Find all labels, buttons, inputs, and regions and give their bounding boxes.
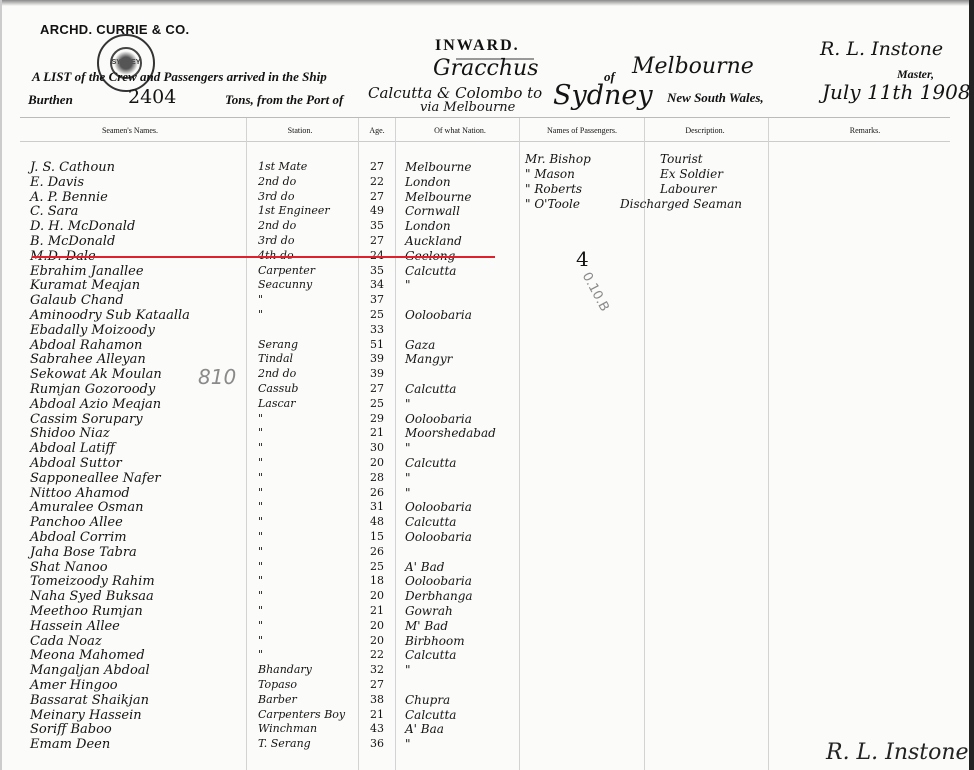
col-description: Description. (650, 126, 760, 135)
crew-row: Sekowat Ak Moulan2nd do39 (0, 367, 974, 382)
age: 21 (370, 426, 384, 439)
station: " (258, 634, 263, 647)
nation: Moorshedabad (405, 426, 496, 440)
station: " (258, 515, 263, 528)
crew-row: Amer HingooTopaso27 (0, 678, 974, 693)
nation: Cornwall (405, 204, 460, 218)
nation: " (405, 397, 411, 411)
age: 37 (370, 293, 384, 306)
seaman-name: Amer Hingoo (30, 678, 118, 693)
age: 49 (370, 204, 384, 217)
manifest-page: ARCHD. CURRIE & CO. SYDNEY INWARD. A LIS… (0, 0, 974, 770)
nation: Calcutta (405, 648, 456, 662)
nation: Auckland (405, 234, 462, 248)
company-name: ARCHD. CURRIE & CO. (40, 22, 189, 37)
station: " (258, 456, 263, 469)
seaman-name: Tomeizoody Rahim (30, 574, 155, 589)
nation: Calcutta (405, 382, 456, 396)
nation: M' Bad (405, 619, 448, 633)
nation: " (405, 278, 411, 292)
age: 20 (370, 619, 384, 632)
age: 35 (370, 219, 384, 232)
age: 51 (370, 338, 384, 351)
seaman-name: J. S. Cathoun (30, 160, 115, 175)
age: 35 (370, 264, 384, 277)
nation: Chupra (405, 693, 450, 707)
seaman-name: Hassein Allee (30, 619, 120, 634)
crew-row: Shidoo Niaz"21Moorshedabad (0, 426, 974, 441)
crew-row: Jaha Bose Tabra"26 (0, 545, 974, 560)
seaman-name: Aminoodry Sub Kataalla (30, 308, 190, 323)
seaman-name: C. Sara (30, 204, 78, 219)
age: 22 (370, 175, 384, 188)
crew-row: E. Davis2nd do22London (0, 175, 974, 190)
seaman-name: Cada Noaz (30, 634, 102, 649)
station: " (258, 604, 263, 617)
ship-name: Gracchus (433, 56, 538, 81)
crew-row: Soriff BabooWinchman43A' Baa (0, 722, 974, 737)
crew-row: J. S. Cathoun1st Mate27Melbourne (0, 160, 974, 175)
age: 36 (370, 737, 384, 750)
age: 27 (370, 234, 384, 247)
station: " (258, 412, 263, 425)
nation: London (405, 219, 451, 233)
seaman-name: Ebrahim Janallee (30, 264, 144, 279)
seaman-name: Sabrahee Alleyan (30, 352, 146, 367)
seaman-name: B. McDonald (30, 234, 115, 249)
station: 1st Engineer (258, 204, 330, 217)
crew-row: Meona Mahomed"22Calcutta (0, 648, 974, 663)
age: 15 (370, 530, 384, 543)
nation: " (405, 663, 411, 677)
crew-row: Meethoo Rumjan"21Gowrah (0, 604, 974, 619)
crew-row: C. Sara1st Engineer49Cornwall (0, 204, 974, 219)
passenger-name: " O'Toole (525, 197, 580, 211)
list-label: A LIST of the Crew and Passengers arrive… (32, 69, 327, 85)
station: T. Serang (258, 737, 311, 750)
nation: " (405, 441, 411, 455)
seaman-name: Abdoal Rahamon (30, 338, 142, 353)
station: 3rd do (258, 190, 294, 203)
nation: London (405, 175, 451, 189)
seaman-name: Soriff Baboo (30, 722, 112, 737)
nation: Ooloobaria (405, 574, 472, 588)
age: 29 (370, 412, 384, 425)
nation: Gowrah (405, 604, 453, 618)
col-remarks: Remarks. (820, 126, 910, 135)
crew-row: Abdoal Latiff"30" (0, 441, 974, 456)
age: 38 (370, 693, 384, 706)
seaman-name: Kuramat Meajan (30, 278, 140, 293)
scan-shadow (0, 0, 974, 6)
seaman-name: Nittoo Ahamod (30, 486, 130, 501)
seaman-name: Rumjan Gozoroody (30, 382, 155, 397)
station: Bhandary (258, 663, 312, 676)
crew-row: Galaub Chand"37 (0, 293, 974, 308)
crew-row: A. P. Bennie3rd do27Melbourne (0, 190, 974, 205)
station: " (258, 293, 263, 306)
age: 39 (370, 352, 384, 365)
station: " (258, 560, 263, 573)
station: Winchman (258, 722, 317, 735)
station: 2nd do (258, 219, 296, 232)
passenger-name: " Roberts (525, 182, 582, 196)
age: 32 (370, 663, 384, 676)
header-rule-bottom (20, 141, 950, 142)
age: 30 (370, 441, 384, 454)
margin-note: 810 (198, 365, 236, 389)
age: 27 (370, 678, 384, 691)
nation: Mangyr (405, 352, 452, 366)
station: 1st Mate (258, 160, 307, 173)
station: Topaso (258, 678, 297, 691)
nation: Birbhoom (405, 634, 465, 648)
nation: Ooloobaria (405, 530, 472, 544)
station: " (258, 530, 263, 543)
station: " (258, 500, 263, 513)
state-label: New South Wales, (667, 90, 764, 106)
seaman-name: Cassim Sorupary (30, 412, 143, 427)
nation: Ooloobaria (405, 500, 472, 514)
age: 48 (370, 515, 384, 528)
station: " (258, 648, 263, 661)
station: " (258, 545, 263, 558)
nation: Calcutta (405, 708, 456, 722)
crew-row: Ebrahim JanalleeCarpenter35Calcutta (0, 264, 974, 279)
seaman-name: Bassarat Shaikjan (30, 693, 149, 708)
seaman-name: Naha Syed Buksaa (30, 589, 154, 604)
seaman-name: Galaub Chand (30, 293, 124, 308)
seaman-name: D. H. McDonald (30, 219, 135, 234)
seaman-name: Abdoal Azio Meajan (30, 397, 161, 412)
nation: Melbourne (405, 190, 471, 204)
crew-row: B. McDonald3rd do27Auckland (0, 234, 974, 249)
seaman-name: Meona Mahomed (30, 648, 145, 663)
crew-row: Aminoodry Sub Kataalla"25Ooloobaria (0, 308, 974, 323)
crew-row: Ebadally Moizoody33 (0, 323, 974, 338)
burthen-value: 2404 (128, 86, 176, 108)
seaman-name: Meethoo Rumjan (30, 604, 143, 619)
nation: " (405, 486, 411, 500)
crew-row: Abdoal Suttor"20Calcutta (0, 456, 974, 471)
crew-row: Amuralee Osman"31Ooloobaria (0, 500, 974, 515)
crew-row: Abdoal Corrim"15Ooloobaria (0, 530, 974, 545)
age: 31 (370, 500, 384, 513)
destination: Sydney (553, 80, 653, 111)
crew-row: Nittoo Ahamod"26" (0, 486, 974, 501)
seaman-name: Abdoal Corrim (30, 530, 127, 545)
col-nation: Of what Nation. (405, 126, 515, 135)
age: 34 (370, 278, 384, 291)
station: 2nd do (258, 367, 296, 380)
station: " (258, 589, 263, 602)
station: " (258, 574, 263, 587)
age: 22 (370, 648, 384, 661)
nation: A' Baa (405, 722, 444, 736)
col-age: Age. (362, 126, 392, 135)
port-of-registry: Melbourne (632, 54, 754, 79)
crew-row: Meinary HasseinCarpenters Boy21Calcutta (0, 708, 974, 723)
age: 20 (370, 456, 384, 469)
nation: A' Bad (405, 560, 444, 574)
station: Carpenter (258, 264, 315, 277)
station: " (258, 441, 263, 454)
passenger-name: " Mason (525, 167, 575, 181)
nation: Ooloobaria (405, 412, 472, 426)
passenger-name: Mr. Bishop (525, 152, 591, 166)
station: 3rd do (258, 234, 294, 247)
burthen-label: Burthen (28, 92, 73, 108)
station: " (258, 486, 263, 499)
station: 2nd do (258, 175, 296, 188)
nation: Calcutta (405, 515, 456, 529)
crew-row: Cada Noaz"20Birbhoom (0, 634, 974, 649)
via-port: via Melbourne (420, 100, 515, 115)
station: Lascar (258, 397, 296, 410)
station: Serang (258, 338, 298, 351)
master-signature: R. L. Instone (826, 740, 969, 765)
age: 39 (370, 367, 384, 380)
seaman-name: Panchoo Allee (30, 515, 123, 530)
arrival-date: July 11th 1908 (822, 80, 971, 104)
seaman-name: Shat Nanoo (30, 560, 108, 575)
age: 27 (370, 160, 384, 173)
seaman-name: Sekowat Ak Moulan (30, 367, 162, 382)
seaman-name: Mangaljan Abdoal (30, 663, 150, 678)
seaman-name: Emam Deen (30, 737, 110, 752)
age: 25 (370, 308, 384, 321)
nation: " (405, 737, 411, 751)
age: 21 (370, 604, 384, 617)
header-rule-top (20, 117, 950, 118)
age: 25 (370, 560, 384, 573)
station: " (258, 426, 263, 439)
passenger-description: Tourist (660, 152, 703, 166)
crew-row: Shat Nanoo"25A' Bad (0, 560, 974, 575)
crew-row: Cassim Sorupary"29Ooloobaria (0, 412, 974, 427)
crew-row: Bassarat ShaikjanBarber38Chupra (0, 693, 974, 708)
crew-row: Tomeizoody Rahim"18Ooloobaria (0, 574, 974, 589)
nation: Calcutta (405, 456, 456, 470)
seaman-name: Abdoal Latiff (30, 441, 115, 456)
age: 21 (370, 708, 384, 721)
station: " (258, 471, 263, 484)
crew-row: Abdoal RahamonSerang51Gaza (0, 338, 974, 353)
tons-label: Tons, from the Port of (225, 92, 343, 108)
seaman-name: Shidoo Niaz (30, 426, 110, 441)
nation: Gaza (405, 338, 435, 352)
col-passenger-names: Names of Passengers. (522, 126, 642, 135)
age: 18 (370, 574, 384, 587)
passenger-description: Discharged Seaman (620, 197, 742, 211)
seaman-name: Meinary Hassein (30, 708, 142, 723)
passenger-description: Ex Soldier (660, 167, 723, 181)
age: 28 (370, 471, 384, 484)
seaman-name: Jaha Bose Tabra (30, 545, 137, 560)
station: " (258, 308, 263, 321)
nation: Calcutta (405, 264, 456, 278)
station: Carpenters Boy (258, 708, 345, 721)
seaman-name: Abdoal Suttor (30, 456, 122, 471)
nation: Derbhanga (405, 589, 473, 603)
crew-row: Naha Syed Buksaa"20Derbhanga (0, 589, 974, 604)
master-name: R. L. Instone (820, 38, 943, 60)
age: 26 (370, 486, 384, 499)
form-title: INWARD. (435, 37, 520, 55)
crew-row: Mangaljan AbdoalBhandary32" (0, 663, 974, 678)
crew-row: Panchoo Allee"48Calcutta (0, 515, 974, 530)
crew-row: Abdoal Azio MeajanLascar25" (0, 397, 974, 412)
crew-row: Rumjan GozoroodyCassub27Calcutta (0, 382, 974, 397)
passenger-description: Labourer (660, 182, 716, 196)
crew-row: Kuramat MeajanSeacunny34" (0, 278, 974, 293)
age: 20 (370, 589, 384, 602)
age: 27 (370, 190, 384, 203)
seaman-name: Ebadally Moizoody (30, 323, 155, 338)
station: Seacunny (258, 278, 312, 291)
station: Barber (258, 693, 297, 706)
nation: Melbourne (405, 160, 471, 174)
crew-row: Sabrahee AlleyanTindal39Mangyr (0, 352, 974, 367)
seaman-name: E. Davis (30, 175, 84, 190)
nation: " (405, 471, 411, 485)
station: " (258, 619, 263, 632)
age: 43 (370, 722, 384, 735)
crew-row: Sapponeallee Nafer"28" (0, 471, 974, 486)
station: Tindal (258, 352, 293, 365)
age: 26 (370, 545, 384, 558)
nation: Ooloobaria (405, 308, 472, 322)
seaman-name: Sapponeallee Nafer (30, 471, 161, 486)
age: 20 (370, 634, 384, 647)
red-underline (32, 256, 495, 258)
seaman-name: Amuralee Osman (30, 500, 144, 515)
station: Cassub (258, 382, 298, 395)
crew-row: D. H. McDonald2nd do35London (0, 219, 974, 234)
age: 27 (370, 382, 384, 395)
age: 25 (370, 397, 384, 410)
crew-row: Hassein Allee"20M' Bad (0, 619, 974, 634)
col-seamen-names: Seamen's Names. (60, 126, 200, 135)
seaman-name: A. P. Bennie (30, 190, 108, 205)
passenger-count: 4 (576, 247, 589, 271)
col-station: Station. (260, 126, 340, 135)
age: 33 (370, 323, 384, 336)
